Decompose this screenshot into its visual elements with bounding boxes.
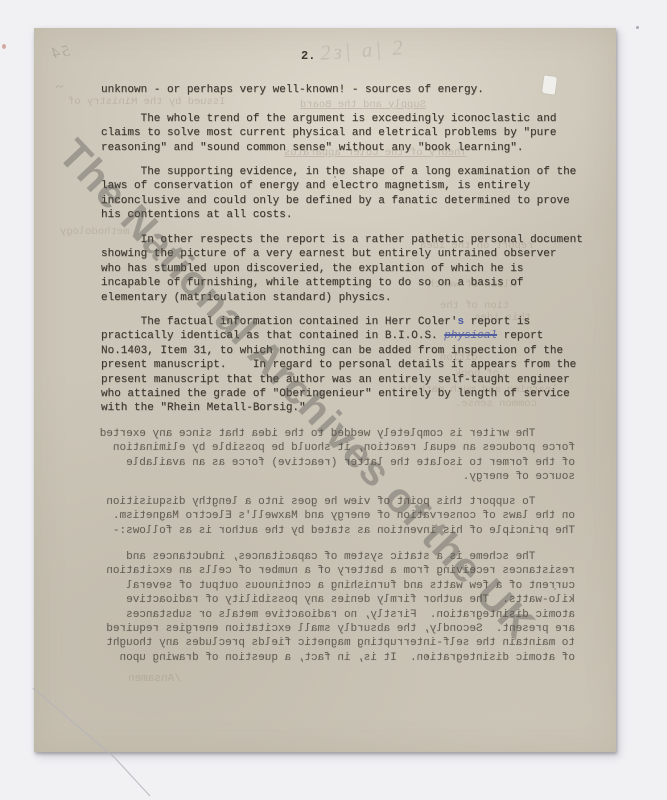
bleedthrough-fragment: Issued by the Ministry of [68, 96, 226, 108]
bleedthrough-line: current of a few watts and furnishing a … [97, 579, 575, 593]
bleedthrough-line: to maintain the self-interrupting magnet… [97, 636, 575, 650]
typed-line: claims to solve most current physical an… [101, 126, 587, 140]
typed-line: The factual information contained in Her… [101, 315, 587, 329]
page-number: 2. [301, 49, 315, 63]
typed-line: The supporting evidence, in the shape of… [101, 165, 587, 179]
typed-line: laws of conservation of energy and elect… [101, 179, 587, 193]
speck-artifact [554, 588, 556, 590]
typed-line: practically identical as that contained … [101, 329, 587, 343]
bleedthrough-line: of atomic disintegration. It is, in fact… [97, 651, 575, 665]
bleedthrough-line: To support this point of view he goes in… [97, 495, 575, 509]
typed-paragraph: In other respects the report is a rather… [101, 233, 587, 305]
speck-artifact [2, 44, 6, 49]
typed-line: elementary (matriculation standard) phys… [101, 291, 587, 305]
bleedthrough-paragraph: The writer is completely wedded to the i… [97, 427, 575, 485]
typed-line: his contentions at all costs. [101, 208, 587, 222]
scanned-document: 54 ~ 2. 2з| a| 2 Issued by the Ministry … [0, 0, 667, 800]
typed-line: with the "Rhein Metall-Borsig." [101, 401, 587, 415]
bleedthrough-line: of the former to isolate the latter (rea… [97, 456, 575, 470]
typed-paragraph: The supporting evidence, in the shape of… [101, 165, 587, 223]
typed-line: In other respects the report is a rather… [101, 233, 587, 247]
typed-line: present manuscript that the author was a… [101, 373, 587, 387]
speck-artifact [426, 655, 429, 658]
bleedthrough-line: are present. Secondly, the absurdly smal… [97, 622, 575, 636]
typed-line: who has stumbled upon discoveried, the e… [101, 262, 587, 276]
bleedthrough-line: The principle of his invention as stated… [97, 524, 575, 538]
typed-line: who attained the grade of "Oberingenieur… [101, 387, 587, 401]
bleedthrough-fragment: Supply and the Board [300, 99, 426, 111]
typed-line: unknown - or perhaps very well-known! - … [101, 83, 587, 97]
bleedthrough-line: resistances receiving from a battery of … [97, 564, 575, 578]
bleedthrough-line: on the laws of conservation of energy an… [97, 509, 575, 523]
bleedthrough-paragraph: The scheme is a static system of capacit… [97, 550, 575, 665]
typed-paragraph: unknown - or perhaps very well-known! - … [101, 83, 587, 97]
paper-page: 54 ~ 2. 2з| a| 2 Issued by the Ministry … [34, 28, 616, 752]
typed-line: present manuscript. In regard to persona… [101, 358, 587, 372]
bleedthrough-line: force produces an equal reaction, it sho… [97, 441, 575, 455]
bleedthrough-line: The scheme is a static system of capacit… [97, 550, 575, 564]
struck-out-word: physical [444, 330, 497, 342]
bleedthrough-continuation-mark: /Ansamen [128, 673, 181, 685]
pencil-scribble: 2з| a| 2 [319, 31, 460, 66]
pencil-annotation-54: 54 [49, 42, 72, 63]
typed-line: inconclusive and could only be defined b… [101, 194, 587, 208]
typed-paragraph: The whole trend of the argument is excee… [101, 112, 587, 155]
bleedthrough-line: kilo-watts. The author firmly denies any… [97, 593, 575, 607]
typed-line: The whole trend of the argument is excee… [101, 112, 587, 126]
typed-line: reasoning" and "sound common sense" with… [101, 141, 587, 155]
bleedthrough-paragraph: To support this point of view he goes in… [97, 495, 575, 538]
pencil-dash-mark: ~ [55, 80, 65, 97]
typed-paragraph: The factual information contained in Her… [101, 315, 587, 416]
typed-line: No.1403, Item 31, to which nothing can b… [101, 344, 587, 358]
speck-artifact [636, 26, 639, 29]
speck-artifact [334, 176, 336, 178]
bleedthrough-line: atomic disintegration. Firstly, no radio… [97, 608, 575, 622]
typed-line: incapable of furnishing, while attemptin… [101, 276, 587, 290]
typed-line: showing the picture of a very earnest bu… [101, 247, 587, 261]
bleedthrough-line: The writer is completely wedded to the i… [97, 427, 575, 441]
bleedthrough-line: source of energy. [97, 470, 575, 484]
